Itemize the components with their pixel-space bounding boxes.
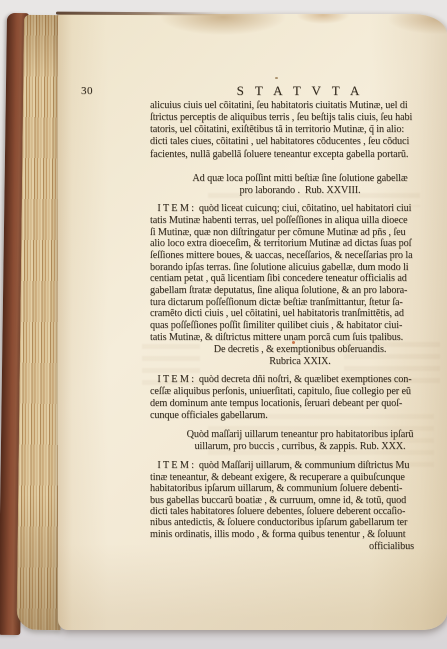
foxing-speck [275, 77, 278, 79]
body-paragraph-2: I T E M : quòd liceat cuicunq; ciui, cõi… [150, 203, 447, 343]
rubric-heading-29: De decretis , & exemptionibus obſeruandi… [150, 344, 447, 368]
folio-number: 30 [81, 85, 93, 97]
text-block: 30 S T A T V T A alicuius ciuis uel cõit… [150, 84, 447, 553]
book-page: 30 S T A T V T A alicuius ciuis uel cõit… [58, 14, 447, 630]
photo-background: 30 S T A T V T A alicuius ciuis uel cõit… [0, 0, 447, 649]
catchword: officialibus [150, 541, 447, 553]
body-paragraph-4: I T E M : quòd Maſſarij uillarum, & comm… [150, 460, 447, 540]
rubric-heading-30: Quòd maſſarij uillarum teneantur pro hab… [150, 429, 447, 453]
rubric-heading-28: Ad quæ loca poſſint mitti beſtiæ ſine ſo… [150, 173, 447, 197]
page-header: 30 S T A T V T A [150, 84, 447, 97]
body-paragraph-3: I T E M : quòd decreta dñi noſtri, & quæ… [150, 374, 447, 423]
body-paragraph-1: alicuius ciuis uel cõitatini, ſeu habita… [150, 100, 447, 161]
running-title: S T A T V T A [150, 84, 447, 97]
